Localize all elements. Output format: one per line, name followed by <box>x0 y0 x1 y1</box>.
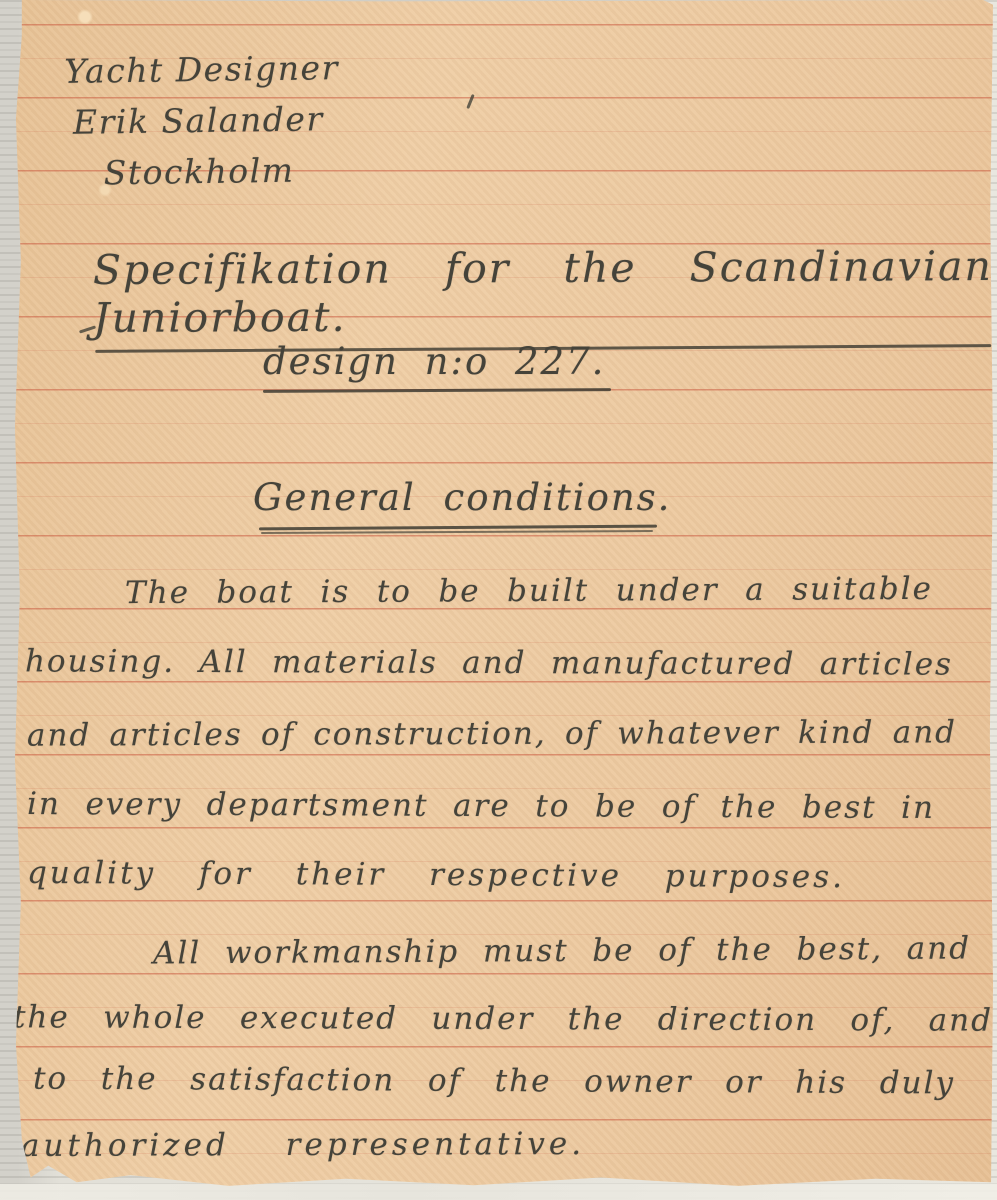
scan-backing-strip <box>0 1184 997 1200</box>
author-name: Erik Salander <box>73 93 340 148</box>
document-title: Specifikation for the Scandinavian Junio… <box>93 242 993 352</box>
author-city: Stockholm <box>103 144 340 198</box>
stray-pen-mark <box>466 94 474 109</box>
author-block: Yacht Designer Erik Salander Stockholm <box>64 42 341 199</box>
paragraph1-line5: quality for their respective purposes. <box>27 850 845 900</box>
paragraph2-line3: to the satisfaction of the owner or his … <box>33 1056 955 1107</box>
paragraph1-line3: and articles of construction, of whateve… <box>27 709 957 758</box>
design-number: design n:o 227. <box>263 340 605 392</box>
section-heading: General conditions. <box>253 476 671 531</box>
author-role: Yacht Designer <box>64 42 339 97</box>
paragraph1-line4: in every departsment are to be of the be… <box>27 781 935 831</box>
paragraph2-line1: All workmanship must be of the best, and <box>153 926 971 977</box>
paragraph1-line2: housing. All materials and manufactured … <box>25 638 953 687</box>
paragraph2-line4: authorized representative. <box>21 1121 585 1169</box>
document-page: Yacht Designer Erik Salander Stockholm S… <box>13 0 993 1187</box>
paragraph2-line2: the whole executed under the direction o… <box>13 994 993 1043</box>
paragraph1-line1: The boat is to be built under a suitable <box>125 566 933 616</box>
